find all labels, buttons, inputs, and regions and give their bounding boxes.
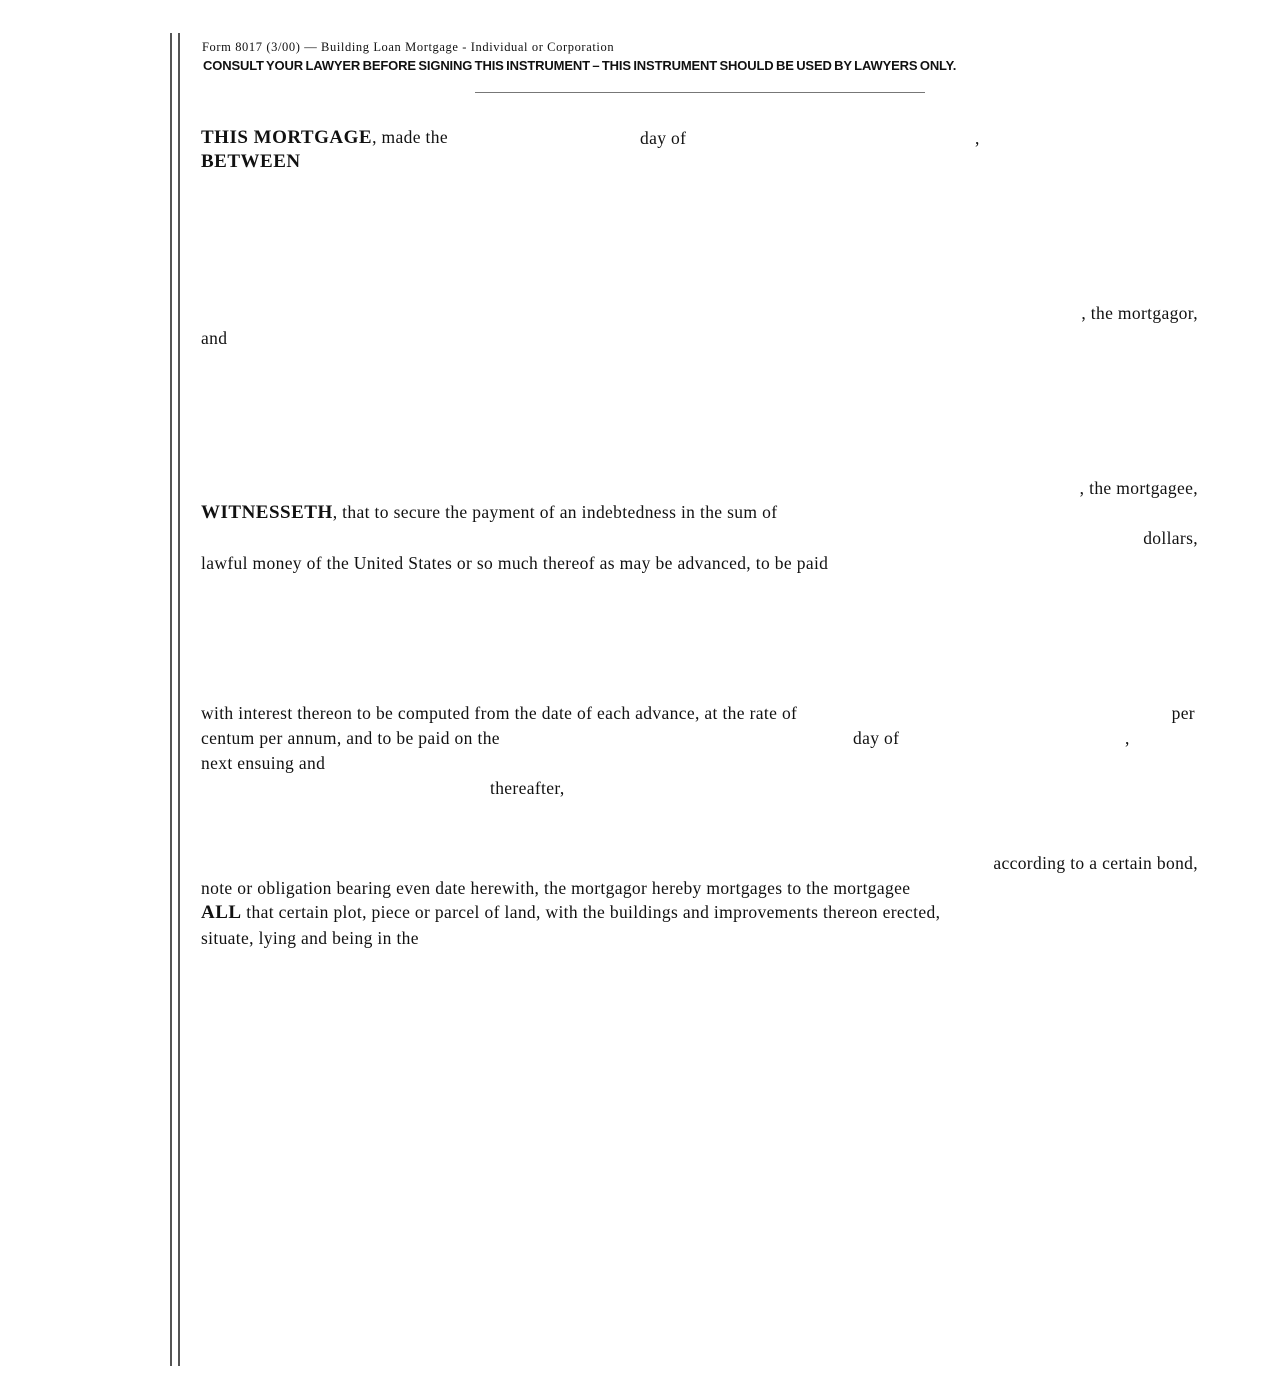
according-text: according to a certain bond,	[993, 853, 1198, 873]
made-the-text: , made the	[372, 127, 448, 147]
all-clause: ALL that certain plot, piece or parcel o…	[201, 902, 940, 923]
witnesseth-line: WITNESSETH, that to secure the payment o…	[201, 502, 777, 523]
all-heading: ALL	[201, 902, 242, 923]
per-text: per	[1172, 703, 1195, 723]
lawful-money-text: lawful money of the United States or so …	[201, 553, 828, 573]
margin-rule-right	[178, 33, 180, 1366]
date-comma: ,	[975, 128, 980, 148]
witnesseth-heading: WITNESSETH	[201, 502, 333, 523]
note-obligation-text: note or obligation bearing even date her…	[201, 878, 910, 898]
between-heading: BETWEEN	[201, 152, 301, 172]
thereafter-text: thereafter,	[490, 778, 565, 798]
dollars-label: dollars,	[1143, 528, 1198, 548]
and-text: and	[201, 328, 227, 348]
situate-text: situate, lying and being in the	[201, 928, 419, 948]
interest-text: with interest thereon to be computed fro…	[201, 703, 797, 723]
day-of-label: day of	[640, 128, 686, 148]
lawyer-warning: CONSULT YOUR LAWYER BEFORE SIGNING THIS …	[203, 58, 956, 73]
next-ensuing-text: next ensuing and	[201, 753, 325, 773]
day-of-label-2: day of	[853, 728, 899, 748]
opening-line: THIS MORTGAGE, made the	[201, 127, 448, 148]
header-divider	[475, 92, 925, 93]
centum-text: centum per annum, and to be paid on the	[201, 728, 500, 748]
form-identifier: Form 8017 (3/00) — Building Loan Mortgag…	[202, 40, 614, 55]
witnesseth-text: , that to secure the payment of an indeb…	[333, 502, 778, 522]
mortgagee-label: , the mortgagee,	[1080, 478, 1198, 498]
this-mortgage-heading: THIS MORTGAGE	[201, 127, 372, 148]
mortgagor-label: , the mortgagor,	[1081, 303, 1198, 323]
all-text: that certain plot, piece or parcel of la…	[242, 902, 941, 922]
date-comma-2: ,	[1125, 728, 1130, 748]
margin-rule-left	[170, 33, 172, 1366]
